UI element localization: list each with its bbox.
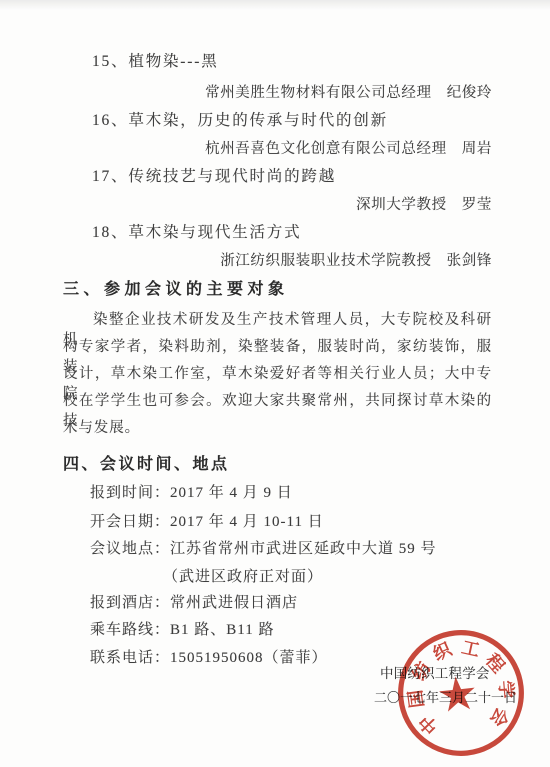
agenda-item-16-speaker: 杭州吾喜色文化创意有限公司总经理 周岩 (205, 139, 492, 159)
detail-value: （武进区政府正对面） (163, 569, 323, 585)
agenda-item-18: 18、草木染与现代生活方式 (92, 223, 301, 243)
section4-heading: 四、会议时间、地点 (63, 455, 230, 475)
agenda-item-number: 18、 (92, 224, 128, 241)
detail-label: 乘车路线： (90, 622, 170, 638)
detail-row: 开会日期：2017 年 4 月 10-11 日 (90, 512, 324, 532)
detail-label: 报到酒店： (90, 595, 170, 611)
detail-value: 15051950608（蕾菲） (170, 650, 328, 666)
detail-row: 报到酒店：常州武进假日酒店 (90, 593, 298, 613)
detail-label: 会议地点： (90, 541, 170, 557)
detail-row: 报到时间：2017 年 4 月 9 日 (90, 483, 293, 503)
agenda-item-number: 17、 (92, 168, 128, 185)
detail-value: 2017 年 4 月 9 日 (170, 485, 293, 501)
agenda-item-number: 15、 (92, 53, 128, 70)
detail-row: 联系电话：15051950608（蕾菲） (90, 648, 328, 668)
detail-value: 2017 年 4 月 10-11 日 (170, 514, 324, 530)
detail-value: 江苏省常州市武进区延政中大道 59 号 (170, 541, 437, 557)
agenda-item-17: 17、传统技艺与现代时尚的跨越 (92, 167, 336, 187)
svg-text:国: 国 (405, 689, 427, 709)
agenda-item-number: 16、 (92, 112, 128, 129)
agenda-item-title: 草木染与现代生活方式 (128, 224, 301, 241)
svg-text:学: 学 (495, 680, 517, 700)
document-page: 15、植物染---黑 常州美胜生物材料有限公司总经理 纪俊玲 16、草木染，历史… (0, 0, 550, 767)
paragraph-line: 术与发展。 (63, 418, 492, 438)
agenda-item-18-speaker: 浙江纺织服装职业技术学院教授 张剑锋 (220, 251, 492, 271)
agenda-item-16: 16、草木染，历史的传承与时代的创新 (92, 111, 388, 131)
detail-row: 乘车路线：B1 路、B11 路 (90, 620, 274, 640)
agenda-item-title: 草木染，历史的传承与时代的创新 (128, 112, 388, 129)
agenda-item-title: 植物染---黑 (128, 53, 218, 70)
detail-label: 开会日期： (90, 514, 170, 530)
detail-value: B1 路、B11 路 (170, 622, 274, 638)
detail-row: （武进区政府正对面） (163, 567, 323, 587)
detail-label: 报到时间： (90, 485, 170, 501)
agenda-item-17-speaker: 深圳大学教授 罗莹 (356, 195, 492, 215)
agenda-item-15: 15、植物染---黑 (92, 52, 219, 72)
detail-value: 常州武进假日酒店 (170, 595, 298, 611)
seal-star (438, 675, 477, 713)
agenda-item-15-speaker: 常州美胜生物材料有限公司总经理 纪俊玲 (205, 83, 492, 103)
svg-text:工: 工 (460, 637, 482, 660)
section3-heading: 三、参加会议的主要对象 (63, 280, 289, 300)
agenda-item-title: 传统技艺与现代时尚的跨越 (128, 168, 336, 185)
detail-row: 会议地点：江苏省常州市武进区延政中大道 59 号 (90, 539, 437, 559)
official-seal: 中国纺织工程学会 (388, 620, 533, 765)
detail-label: 联系电话： (90, 650, 170, 666)
